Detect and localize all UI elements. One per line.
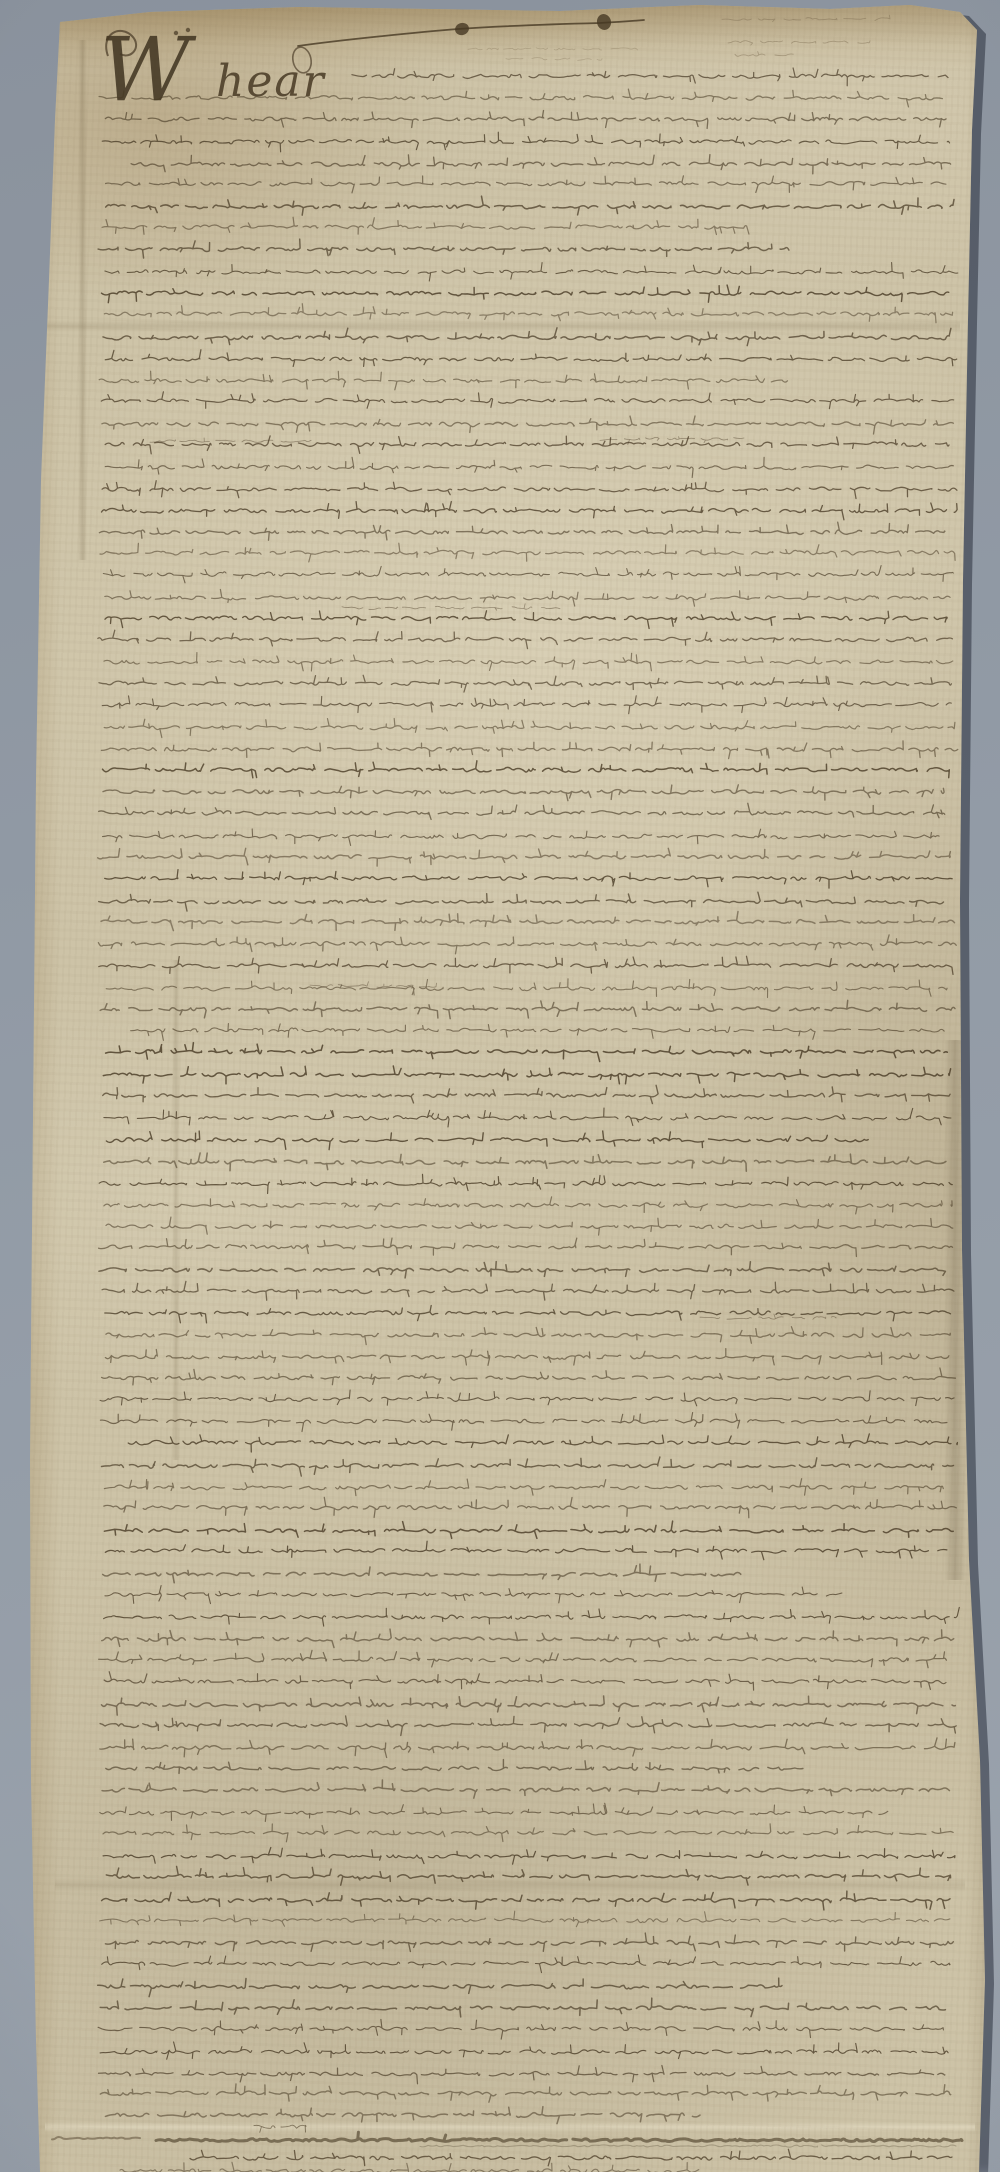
opening-word-rest: hear bbox=[216, 56, 327, 107]
opening-initial-letter: W bbox=[100, 18, 197, 121]
photograph-of-manuscript: W hear bbox=[0, 0, 1000, 2172]
manuscript-ink-layer: W hear bbox=[0, 0, 1000, 2172]
opening-word: W hear bbox=[100, 18, 327, 121]
ink-blot bbox=[595, 13, 612, 32]
handwriting-lines bbox=[98, 68, 960, 2172]
membrane-stitch-seam bbox=[52, 2132, 962, 2147]
archival-annotations bbox=[468, 15, 890, 60]
ink-blot bbox=[454, 21, 470, 36]
